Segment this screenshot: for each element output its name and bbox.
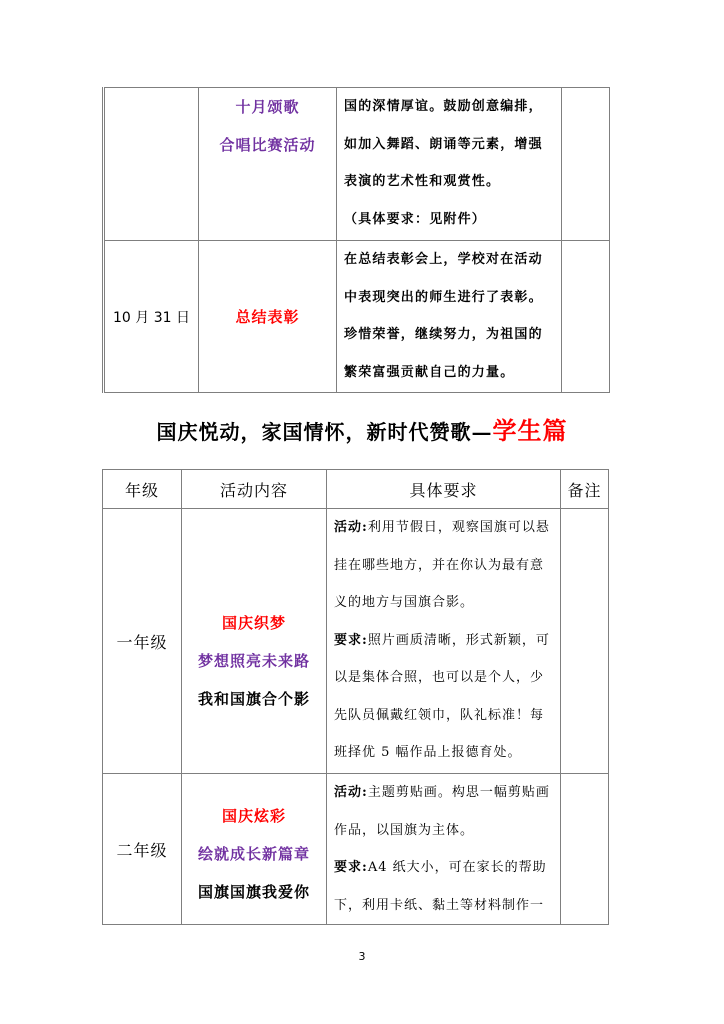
- activity-cell: 国庆炫彩 绘就成长新篇章 国旗国旗我爱你: [182, 774, 327, 925]
- date-cell: [104, 88, 199, 241]
- table-row: 十月颂歌 合唱比赛活动 国的深情厚谊。鼓励创意编排， 如加入舞蹈、朗诵等元素，增…: [104, 88, 610, 241]
- requirement-line: 作品，以国旗为主体。: [334, 812, 554, 850]
- description-cell: 在总结表彰会上，学校对在活动 中表现突出的师生进行了表彰。 珍惜荣誉，继续努力，…: [337, 241, 562, 393]
- activity-subtitle: 合唱比赛活动: [199, 126, 336, 164]
- header-notes: 备注: [561, 470, 609, 509]
- description-line: （具体要求：见附件）: [344, 201, 555, 239]
- description-line: 中表现突出的师生进行了表彰。: [344, 279, 555, 317]
- note-cell: [561, 774, 609, 925]
- activity-title: 总结表彰: [199, 298, 336, 336]
- table-row: 二年级 国庆炫彩 绘就成长新篇章 国旗国旗我爱你 活动:主题剪贴画。构思一幅剪贴…: [103, 774, 609, 925]
- requirement-line: 要求:照片画质清晰，形式新颖，可: [334, 622, 554, 660]
- requirement-line: 要求:A4 纸大小，可在家长的帮助: [334, 849, 554, 887]
- activity-title: 国庆炫彩: [182, 797, 326, 835]
- requirement-text: A4 纸大小，可在家长的帮助: [368, 860, 547, 875]
- section-title-accent: 学生篇: [493, 416, 568, 445]
- requirement-text: 照片画质清晰，形式新颖，可: [368, 633, 550, 648]
- table-row: 一年级 国庆织梦 梦想照亮未来路 我和国旗合个影 活动:利用节假日，观察国旗可以…: [103, 509, 609, 774]
- header-requirements: 具体要求: [327, 470, 561, 509]
- description-line: 繁荣富强贡献自己的力量。: [344, 354, 555, 392]
- activity-theme: 我和国旗合个影: [182, 680, 326, 718]
- page-number: 3: [0, 950, 724, 963]
- requirement-line: 下，利用卡纸、黏土等材料制作一: [334, 887, 554, 925]
- activity-cell: 国庆织梦 梦想照亮未来路 我和国旗合个影: [182, 509, 327, 774]
- requirement-line: 挂在哪些地方，并在你认为最有意: [334, 547, 554, 585]
- activity-subtitle: 绘就成长新篇章: [182, 835, 326, 873]
- note-cell: [561, 509, 609, 774]
- note-cell: [562, 88, 610, 241]
- note-cell: [562, 241, 610, 393]
- activity-cell: 十月颂歌 合唱比赛活动: [199, 88, 337, 241]
- requirement-text: 利用节假日，观察国旗可以悬: [368, 520, 550, 535]
- requirement-label: 要求:: [334, 860, 368, 875]
- schedule-table-continued: 十月颂歌 合唱比赛活动 国的深情厚谊。鼓励创意编排， 如加入舞蹈、朗诵等元素，增…: [102, 87, 610, 393]
- section-title-main: 国庆悦动，家国情怀，新时代赞歌—: [157, 420, 493, 444]
- student-activities-table: 年级 活动内容 具体要求 备注 一年级 国庆织梦 梦想照亮未来路 我和国旗合个影…: [102, 469, 609, 925]
- activity-title: 国庆织梦: [182, 604, 326, 642]
- description-line: 表演的艺术性和观赏性。: [344, 163, 555, 201]
- requirement-line: 义的地方与国旗合影。: [334, 584, 554, 622]
- header-activity: 活动内容: [182, 470, 327, 509]
- requirement-label: 要求:: [334, 633, 368, 648]
- requirement-label: 活动:: [334, 785, 368, 800]
- description-line: 在总结表彰会上，学校对在活动: [344, 241, 555, 279]
- description-line: 如加入舞蹈、朗诵等元素，增强: [344, 126, 555, 164]
- activity-theme: 国旗国旗我爱你: [182, 873, 326, 911]
- requirements-cell: 活动:利用节假日，观察国旗可以悬 挂在哪些地方，并在你认为最有意 义的地方与国旗…: [327, 509, 561, 774]
- requirement-line: 班择优 5 幅作品上报德育处。: [334, 734, 554, 772]
- requirement-line: 以是集体合照，也可以是个人，少: [334, 659, 554, 697]
- description-line: 珍惜荣誉，继续努力，为祖国的: [344, 316, 555, 354]
- header-grade: 年级: [103, 470, 182, 509]
- grade-cell: 二年级: [103, 774, 182, 925]
- requirement-text: 主题剪贴画。构思一幅剪贴画: [368, 785, 550, 800]
- section-title: 国庆悦动，家国情怀，新时代赞歌—学生篇: [0, 414, 724, 449]
- table-row: 10 月 31 日 总结表彰 在总结表彰会上，学校对在活动 中表现突出的师生进行…: [104, 241, 610, 393]
- description-line: 国的深情厚谊。鼓励创意编排，: [344, 88, 555, 126]
- requirement-label: 活动:: [334, 520, 368, 535]
- activity-title: 十月颂歌: [199, 88, 336, 126]
- requirement-line: 活动:利用节假日，观察国旗可以悬: [334, 509, 554, 547]
- grade-cell: 一年级: [103, 509, 182, 774]
- activity-subtitle: 梦想照亮未来路: [182, 642, 326, 680]
- description-cell: 国的深情厚谊。鼓励创意编排， 如加入舞蹈、朗诵等元素，增强 表演的艺术性和观赏性…: [337, 88, 562, 241]
- date-cell: 10 月 31 日: [104, 241, 199, 393]
- requirements-cell: 活动:主题剪贴画。构思一幅剪贴画 作品，以国旗为主体。 要求:A4 纸大小，可在…: [327, 774, 561, 925]
- table-header-row: 年级 活动内容 具体要求 备注: [103, 470, 609, 509]
- requirement-line: 先队员佩戴红领巾，队礼标准！每: [334, 697, 554, 735]
- activity-cell: 总结表彰: [199, 241, 337, 393]
- requirement-line: 活动:主题剪贴画。构思一幅剪贴画: [334, 774, 554, 812]
